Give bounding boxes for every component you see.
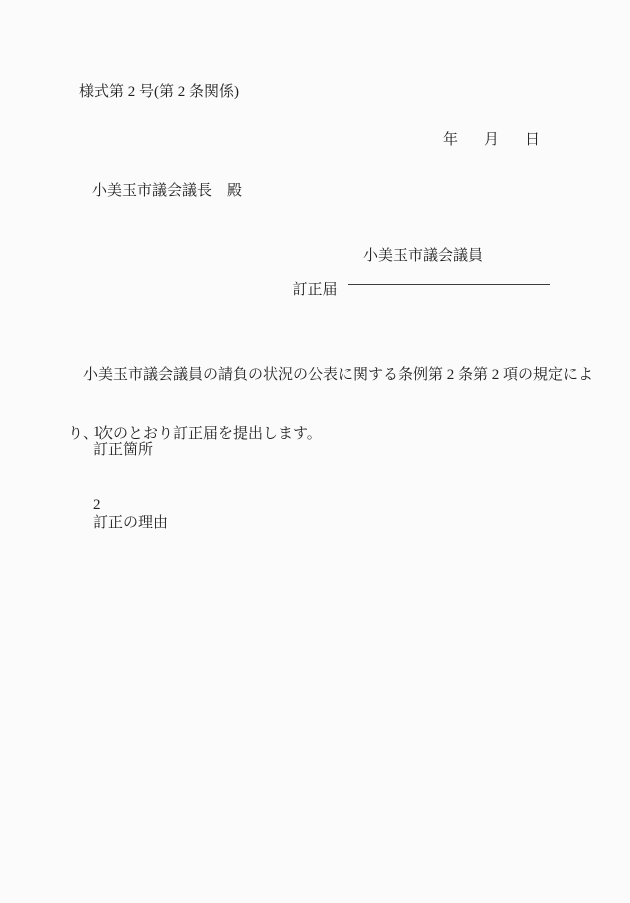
date-line: 年 月 日 xyxy=(443,131,540,149)
item-number: 1 xyxy=(93,423,120,441)
date-month-label: 月 xyxy=(484,131,499,149)
item-number: 2 xyxy=(93,496,120,514)
date-year-label: 年 xyxy=(443,131,458,149)
item-correction-reason: 2 訂正の理由 xyxy=(78,478,168,550)
signer-underline-field: 小美玉市議会議員 xyxy=(348,231,550,285)
item-label: 訂正箇所 xyxy=(93,442,153,458)
item-correction-location: 1 訂正箇所 xyxy=(78,405,153,477)
item-label: 訂正の理由 xyxy=(93,515,168,531)
form-number: 様式第 2 号(第 2 条関係) xyxy=(79,83,239,101)
body-paragraph-line: 小美玉市議会議員の請負の状況の公表に関する条例第 2 条第 2 項の規定によ xyxy=(68,363,593,388)
date-day-label: 日 xyxy=(525,131,540,149)
document-title: 訂正届 xyxy=(0,281,630,299)
document-page: 様式第 2 号(第 2 条関係) 年 月 日 小美玉市議会議長 殿 小美玉市議会… xyxy=(0,0,630,903)
signer-label: 小美玉市議会議員 xyxy=(363,248,483,264)
addressee-line: 小美玉市議会議長 殿 xyxy=(92,182,242,200)
